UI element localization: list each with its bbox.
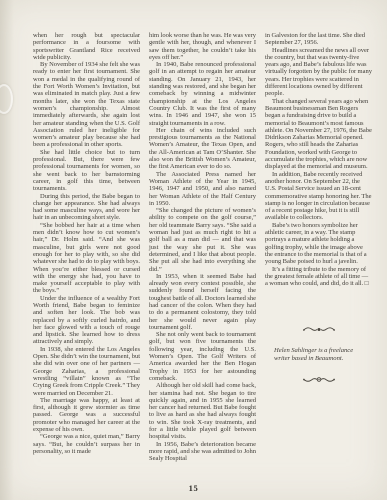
paragraph: Under the influence of a wealthy Fort Wo…: [33, 295, 140, 346]
paragraph: In 1956, Babe’s deterioration became mor…: [149, 441, 256, 463]
scroll-ornament-icon: [265, 375, 372, 385]
paragraph: Headlines screamed the news all over the…: [265, 47, 372, 98]
paragraph: Her chain of wins included such prestigi…: [149, 127, 256, 171]
page-number: 15: [0, 483, 387, 493]
author-byline: Helen Sahlinger is a freelance writer ba…: [265, 347, 354, 362]
paragraph: She not only went back to tournament gol…: [149, 331, 256, 382]
paragraph: “She bobbed her hair at a time when men …: [33, 222, 140, 295]
article-body: when her rough but spectacular performan…: [33, 32, 361, 463]
paragraph: In 1940, Babe renounced professional gol…: [149, 61, 256, 127]
paragraph: By November of 1934 she felt she was rea…: [33, 61, 140, 149]
paragraph: in Galveston for the last time. She died…: [265, 32, 372, 47]
column-3-text: in Galveston for the last time. She died…: [265, 32, 372, 287]
text-column-3: in Galveston for the last time. She died…: [265, 32, 372, 463]
scanned-magazine-page: when her rough but spectacular performan…: [0, 0, 387, 500]
paragraph: That changed several years ago when Beau…: [265, 98, 372, 171]
paragraph: “George was a nice, quiet man,” Barry sa…: [33, 433, 140, 455]
page-edge-shadow: [0, 0, 14, 500]
paragraph: She had little choice but to turn profes…: [33, 149, 140, 193]
paragraph: Babe’s two honors symbolize her athletic…: [265, 222, 372, 266]
scroll-ornament-icon: [265, 325, 372, 335]
paragraph: him look worse than he was. He was very …: [149, 32, 256, 61]
scan-artifact: [0, 84, 13, 114]
paragraph: when her rough but spectacular performan…: [33, 32, 140, 61]
paragraph: In 1938, she entered the Los Angeles Ope…: [33, 346, 140, 397]
paragraph: The marriage was happy, at least at firs…: [33, 397, 140, 433]
text-column-2: him look worse than he was. He was very …: [149, 32, 256, 463]
paragraph: In addition, Babe recently received anot…: [265, 171, 372, 222]
paragraph: The Associated Press named her Woman Ath…: [149, 171, 256, 207]
paragraph: It’s a fitting tribute to the memory of …: [265, 266, 372, 288]
text-column-1: when her rough but spectacular performan…: [33, 32, 140, 463]
paragraph: In 1953, when it seemed Babe had already…: [149, 273, 256, 331]
paragraph: Although her old skill had come back, he…: [149, 382, 256, 440]
paragraph: “She changed the picture of women’s abil…: [149, 207, 256, 273]
paragraph: During this period, the Babe began to ch…: [33, 193, 140, 222]
